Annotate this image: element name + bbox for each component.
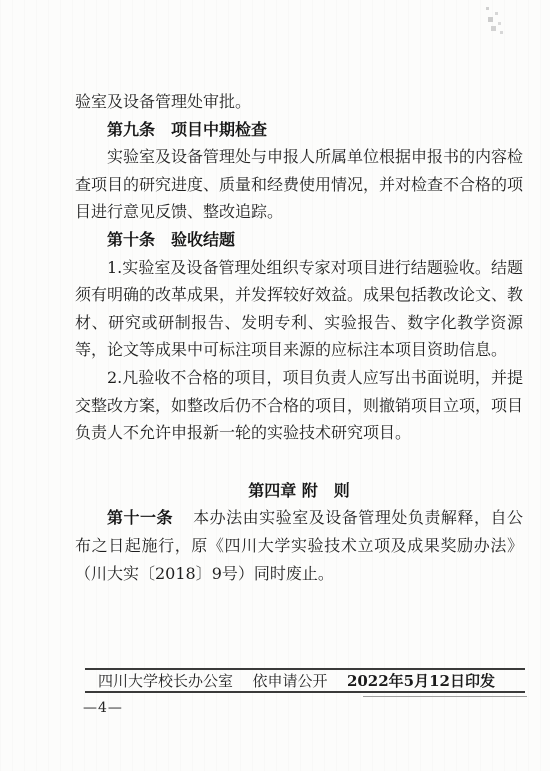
article9-body-paragraph: 实验室及设备管理处与申报人所属单位根据申报书的内容检查项目的研究进度、质量和经费… xyxy=(75,143,523,226)
article10-heading: 第十条 验收结题 xyxy=(75,226,523,254)
footer-rule-bar: 四川大学校长办公室 依申请公开 2022年5月12日印发 xyxy=(85,668,525,693)
footer-issuer: 四川大学校长办公室 xyxy=(98,670,233,691)
document-page: 验室及设备管理处审批。 第九条 项目中期检查 实验室及设备管理处与申报人所属单位… xyxy=(0,0,550,771)
footer-disclosure: 依申请公开 xyxy=(252,670,327,691)
article9-heading: 第九条 项目中期检查 xyxy=(75,116,523,144)
chapter4-heading: 第四章 附 则 xyxy=(75,477,523,505)
article10-item2-paragraph: 2.凡验收不合格的项目，项目负责人应写出书面说明，并提交整改方案，如整改后仍不合… xyxy=(75,364,523,447)
intro-continuation-paragraph: 验室及设备管理处审批。 xyxy=(75,88,523,116)
article11-lead: 第十一条 xyxy=(107,508,173,527)
article11-paragraph: 第十一条本办法由实验室及设备管理处负责解释，自公布之日起施行，原《四川大学实验技… xyxy=(75,504,523,587)
article10-item1-paragraph: 1.实验室及设备管理处组织专家对项目进行结题验收。结题须有明确的改革成果，并发挥… xyxy=(75,254,523,364)
footer-print-date: 2022年5月12日印发 xyxy=(347,670,495,691)
scan-speckles xyxy=(486,7,489,10)
page-number: —4— xyxy=(83,700,123,716)
document-body: 验室及设备管理处审批。 第九条 项目中期检查 实验室及设备管理处与申报人所属单位… xyxy=(75,88,523,587)
scan-artifact-line xyxy=(363,696,527,697)
